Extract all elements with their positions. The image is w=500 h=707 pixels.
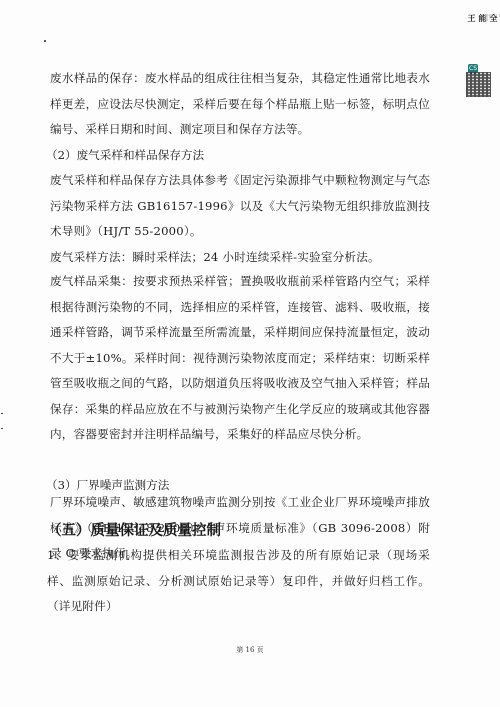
paragraph-wastewater-storage: 废水样品的保存：废水样品的组成往往相当复杂，其稳定性通常比地表水样更差，应设法尽… [50, 66, 430, 143]
scan-speck [1, 413, 3, 414]
document-page: 扫描全能王 3亿人都在用的扫描App CS 废水样品的保存：废水样品的组成往往相… [0, 0, 500, 707]
scan-speck [44, 40, 46, 42]
heading-exhaust-sampling: （2）废气采样和样品保存方法 [46, 147, 204, 163]
paragraph-quality-records: 1、要求监测机构提供相关环境监测报告涉及的所有原始记录（现场采样、监测原始记录、… [47, 543, 430, 620]
paragraph-exhaust-collection: 废气样品采集：按要求预热采样管；置换吸收瓶前采样管路内空气；采样根据待测污染物的… [50, 269, 430, 448]
page-number: 第 16 页 [0, 645, 500, 655]
qr-code-icon [466, 72, 491, 97]
paragraph-exhaust-method: 废气采样方法：瞬时采样法；24 小时连续采样-实验室分析法。 [50, 245, 430, 271]
section-heading-quality-control: （五）质量保证及质量控制 [47, 519, 221, 540]
scan-speck [1, 428, 3, 429]
paragraph-exhaust-reference: 废气采样和样品保存方法具体参考《固定污染源排气中颗粒物测定与气态污染物采样方法 … [50, 168, 430, 245]
watermark-subtitle: 3亿人都在用的扫描App [485, 14, 500, 21]
